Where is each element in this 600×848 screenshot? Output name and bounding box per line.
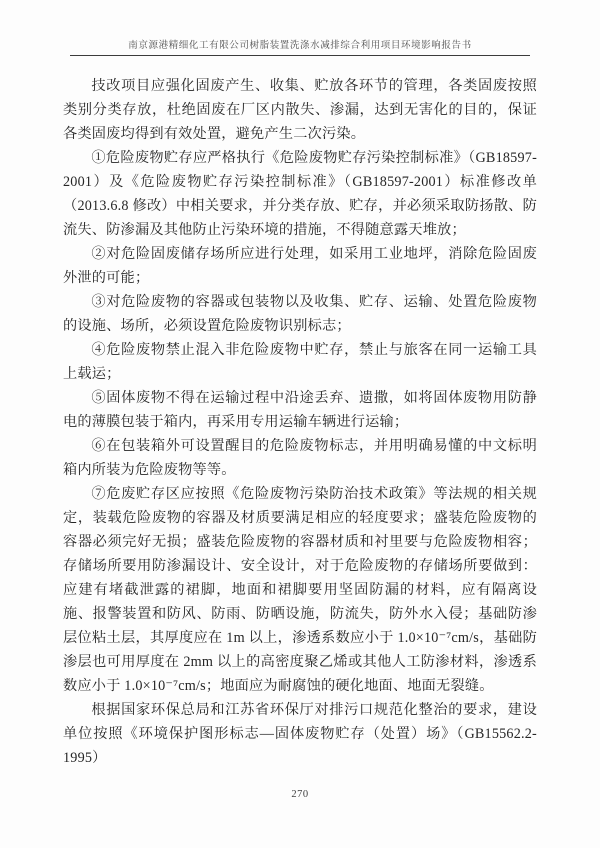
paragraph: ④危险废物禁止混入非危险废物中贮存，禁止与旅客在同一运输工具上载运； [63, 338, 537, 386]
document-body: 技改项目应强化固废产生、收集、贮放各环节的管理，各类固废按照类别分类存放，杜绝固… [63, 74, 537, 770]
paragraph: ⑤固体废物不得在运输过程中沿途丢弃、遗撒，如将固体废物用防静电的薄膜包装于箱内，… [63, 386, 537, 434]
document-page: 南京源港精细化工有限公司树脂装置洗涤水减排综合利用项目环境影响报告书 技改项目应… [0, 0, 600, 848]
paragraph: 技改项目应强化固废产生、收集、贮放各环节的管理，各类固废按照类别分类存放，杜绝固… [63, 74, 537, 146]
header-title: 南京源港精细化工有限公司树脂装置洗涤水减排综合利用项目环境影响报告书 [0, 41, 600, 52]
paragraph: ②对危险固废储存场所应进行处理，如采用工业地坪，消除危险固废外泄的可能； [63, 242, 537, 290]
paragraph: ⑥在包装箱外可设置醒目的危险废物标志，并用明确易懂的中文标明箱内所装为危险废物等… [63, 434, 537, 482]
paragraph: ①危险废物贮存应严格执行《危险废物贮存污染控制标准》（GB18597-2001）… [63, 146, 537, 242]
page-number: 270 [291, 789, 308, 800]
paragraph: 根据国家环保总局和江苏省环保厅对排污口规范化整治的要求，建设单位按照《环境保护图… [63, 698, 537, 770]
header-rule [70, 55, 530, 56]
paragraph: ③对危险废物的容器或包装物以及收集、贮存、运输、处置危险废物的设施、场所，必须设… [63, 290, 537, 338]
paragraph: ⑦危废贮存区应按照《危险废物污染防治技术政策》等法规的相关规定，装载危险废物的容… [63, 482, 537, 698]
page-header: 南京源港精细化工有限公司树脂装置洗涤水减排综合利用项目环境影响报告书 [0, 41, 600, 56]
page-footer: 270 [0, 784, 600, 802]
